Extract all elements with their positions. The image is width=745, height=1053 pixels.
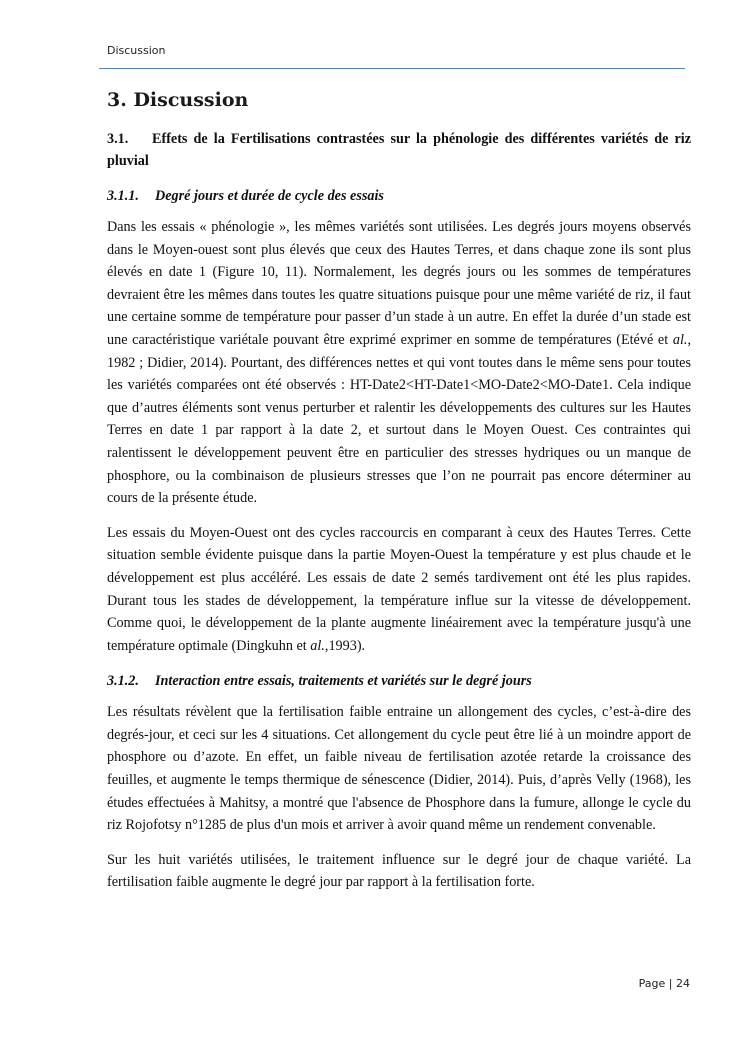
chapter-title: 3. Discussion: [107, 84, 691, 116]
page-number: Page | 24: [639, 977, 690, 990]
paragraph: Dans les essais « phénologie », les même…: [107, 216, 691, 510]
subsection-number: 3.1.1.: [107, 186, 155, 206]
subsection-title-text: Degré jours et durée de cycle des essais: [155, 188, 384, 204]
running-header: Discussion: [107, 44, 166, 57]
paragraph-text: Dans les essais « phénologie », les même…: [107, 219, 691, 348]
paragraph: Les résultats révèlent que la fertilisat…: [107, 701, 691, 837]
section-title-text: Effets de la Fertilisations contrastées …: [107, 131, 691, 169]
header-divider: [99, 68, 685, 69]
subsection-number: 3.1.2.: [107, 671, 155, 691]
subsection-heading-3-1-1: 3.1.1.Degré jours et durée de cycle des …: [107, 186, 691, 206]
paragraph-text: Les essais du Moyen-Ouest ont des cycles…: [107, 525, 691, 654]
page-content: 3. Discussion 3.1.Effets de la Fertilisa…: [107, 84, 691, 903]
subsection-heading-3-1-2: 3.1.2.Interaction entre essais, traiteme…: [107, 671, 691, 691]
paragraph-text: ,1993).: [325, 638, 365, 654]
citation-etal: al.: [673, 332, 688, 348]
section-number: 3.1.: [107, 128, 152, 150]
section-heading-3-1: 3.1.Effets de la Fertilisations contrast…: [107, 128, 691, 172]
paragraph-text: , 1982 ; Didier, 2014). Pourtant, des di…: [107, 332, 691, 506]
paragraph: Sur les huit variétés utilisées, le trai…: [107, 849, 691, 894]
paragraph: Les essais du Moyen-Ouest ont des cycles…: [107, 522, 691, 658]
citation-etal: al.: [310, 638, 325, 654]
subsection-title-text: Interaction entre essais, traitements et…: [155, 673, 532, 689]
